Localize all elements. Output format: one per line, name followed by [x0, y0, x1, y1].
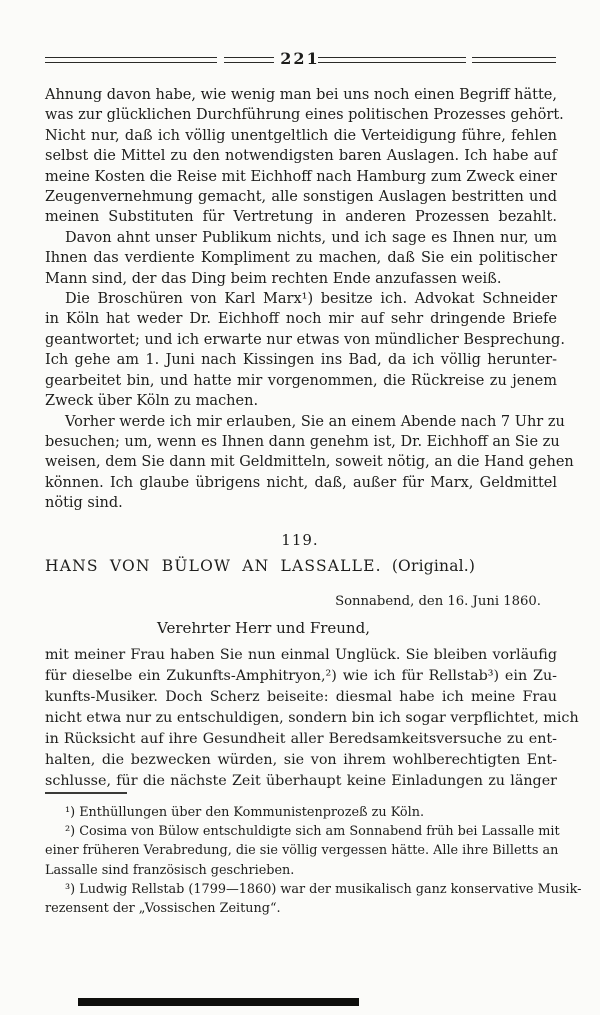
letter-heading: HANS VON BÜLOW AN LASSALLE.(Original.) [45, 557, 475, 575]
letter-line: in Rücksicht auf ihre Gesundheit aller B… [45, 729, 557, 750]
footnote-line: ¹) Enthüllungen über den Kommunistenproz… [45, 803, 557, 822]
body-line: meine Kosten die Reise mit Eichhoff nach… [45, 167, 557, 187]
body-line: Zeugenvernehmung gemacht, alle sonstigen… [45, 187, 557, 207]
body-line: nötig sind. [45, 493, 557, 513]
original-label: (Original.) [392, 557, 475, 575]
footnote-line: Lassalle sind französisch geschrieben. [45, 861, 557, 880]
footnote-line: ³) Ludwig Rellstab (1799—1860) war der m… [45, 880, 557, 899]
header-rule-right-short [472, 57, 556, 63]
body-line: geantwortet; und ich erwarte nur etwas v… [45, 330, 557, 350]
body-line: Nicht nur, daß ich völlig unentgeltlich … [45, 126, 557, 146]
body-line: Ich gehe am 1. Juni nach Kissingen ins B… [45, 350, 557, 370]
body-line: Davon ahnt unser Publikum nichts, und ic… [45, 228, 557, 248]
salutation: Verehrter Herr und Freund, [157, 619, 370, 637]
letter-line: mit meiner Frau haben Sie nun einmal Ung… [45, 645, 557, 666]
body-line: Ahnung davon habe, wie wenig man bei uns… [45, 85, 557, 105]
body-line: Vorher werde ich mir erlauben, Sie an ei… [45, 412, 557, 432]
body-line: besuchen; um, wenn es Ihnen dann genehm … [45, 432, 557, 452]
letter-body: mit meiner Frau haben Sie nun einmal Ung… [45, 645, 557, 792]
body-line: meinen Substituten für Vertretung in and… [45, 207, 557, 227]
body-line: gearbeitet bin, und hatte mir vorgenomme… [45, 371, 557, 391]
body-line: Ihnen das verdiente Kompliment zu machen… [45, 248, 557, 268]
header-rule-right-long [318, 57, 466, 63]
letter-line: nicht etwa nur zu entschuldigen, sondern… [45, 708, 557, 729]
footnote-separator-rule [45, 792, 127, 794]
body-line: was zur glücklichen Durchführung eines p… [45, 105, 557, 125]
scan-artifact-bar [78, 998, 359, 1006]
body-line: Zweck über Köln zu machen. [45, 391, 557, 411]
letter-line: halten, die bezwecken würden, sie von ih… [45, 750, 557, 771]
main-text: Ahnung davon habe, wie wenig man bei uns… [45, 85, 557, 514]
body-line: weisen, dem Sie dann mit Geldmitteln, so… [45, 452, 557, 472]
letter-line: kunfts-Musiker. Doch Scherz beiseite: di… [45, 687, 557, 708]
section-number: 119. [0, 531, 600, 549]
body-line: Mann sind, der das Ding beim rechten End… [45, 269, 557, 289]
letter-heading-title: HANS VON BÜLOW AN LASSALLE. [45, 557, 382, 575]
footnote-line: ²) Cosima von Bülow entschuldigte sich a… [45, 822, 557, 841]
footnote-line: einer früheren Verabredung, die sie völl… [45, 841, 557, 860]
footnotes: ¹) Enthüllungen über den Kommunistenproz… [45, 803, 557, 918]
footnote-line: rezensent der „Vossischen Zeitung“. [45, 899, 557, 918]
body-line: selbst die Mittel zu den notwendigsten b… [45, 146, 557, 166]
book-page: 221 Ahnung davon habe, wie wenig man bei… [0, 0, 600, 1015]
letter-line: für dieselbe ein Zukunfts-Amphitryon,²) … [45, 666, 557, 687]
body-line: Die Broschüren von Karl Marx¹) besitze i… [45, 289, 557, 309]
body-line: können. Ich glaube übrigens nicht, daß, … [45, 473, 557, 493]
letter-line: schlusse, für die nächste Zeit überhaupt… [45, 771, 557, 792]
body-line: in Köln hat weder Dr. Eichhoff noch mir … [45, 309, 557, 329]
dateline: Sonnabend, den 16. Juni 1860. [45, 594, 557, 609]
